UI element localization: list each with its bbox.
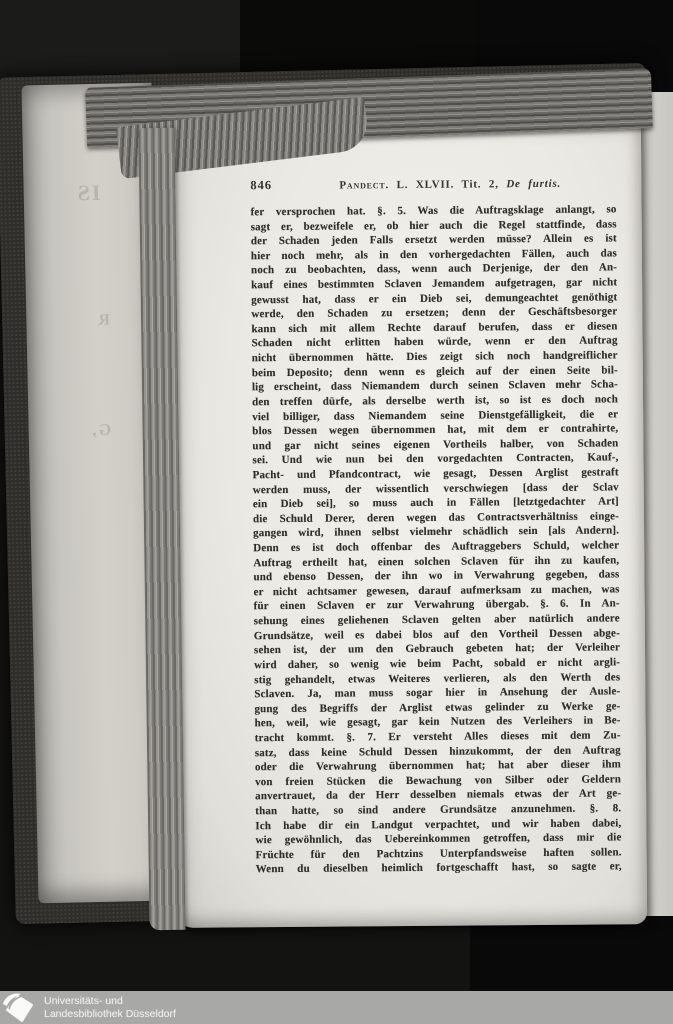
library-name: Universitäts- und Landesbibliothek Düsse… xyxy=(44,995,176,1020)
body-text: fer versprochen hat. §. 5. Was die Auftr… xyxy=(251,202,622,877)
text-line: Wenn du dieselben heimlich fortgeschafft… xyxy=(256,860,622,877)
header-citation: L. XLVII. Tit. 2, xyxy=(397,178,499,191)
page-content: 846 Pandect. L. XLVII. Tit. 2, De furtis… xyxy=(250,175,621,877)
showthrough-text: G, xyxy=(91,422,112,440)
header-work-title: De furtis. xyxy=(506,178,561,190)
library-name-line1: Universitäts- und xyxy=(44,995,176,1008)
library-name-line2: Landesbibliothek Düsseldorf xyxy=(44,1008,176,1021)
library-watermark-bar: Universitäts- und Landesbibliothek Düsse… xyxy=(0,991,673,1024)
header-caption: Pandect. L. XLVII. Tit. 2, De furtis. xyxy=(339,178,561,192)
book-page-846: 846 Pandect. L. XLVII. Tit. 2, De furtis… xyxy=(169,115,647,928)
running-header: 846 Pandect. L. XLVII. Tit. 2, De furtis… xyxy=(250,175,616,194)
scanned-book-photo: IS R G, 846 Pandect. L. XLVII. Tit. 2, D… xyxy=(0,0,673,1024)
ulb-duesseldorf-logo-icon xyxy=(1,991,35,1024)
showthrough-text: R xyxy=(96,312,110,330)
header-series: Pandect. xyxy=(339,179,389,191)
page-number: 846 xyxy=(250,178,272,193)
showthrough-text: IS xyxy=(75,180,100,207)
